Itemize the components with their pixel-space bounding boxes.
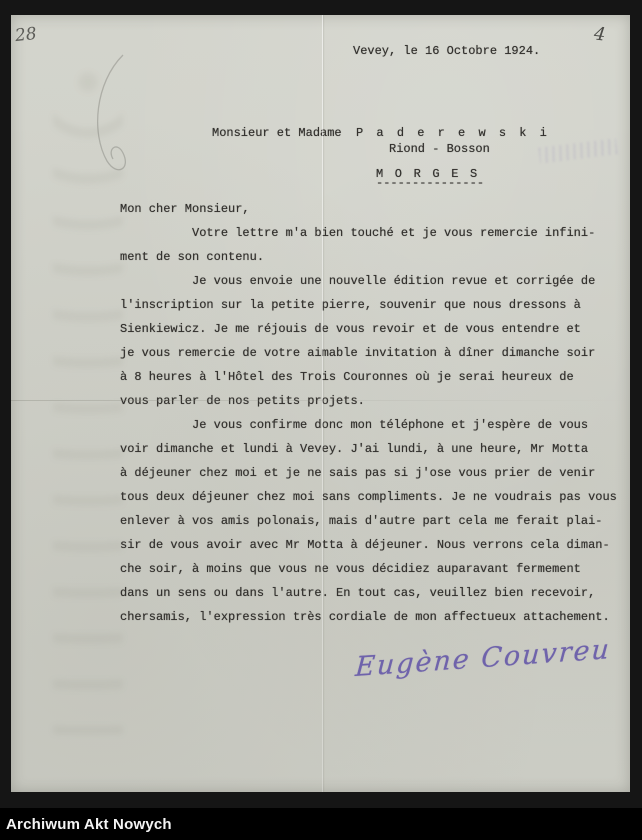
archive-bar: Archiwum Akt Nowych (0, 808, 642, 840)
recipient-name: P a d e r e w s k i (356, 126, 550, 140)
scan-frame: 28 4 Vevey, le 16 Octobre 1924. Monsieur… (0, 0, 642, 840)
recipient-underline: --------------- (376, 176, 484, 190)
page-number-top-right: 4 (593, 23, 607, 45)
recipient-residence: Riond - Bosson (389, 142, 490, 156)
letter-page: 28 4 Vevey, le 16 Octobre 1924. Monsieur… (11, 15, 630, 792)
recipient-title: Monsieur et Madame (212, 126, 356, 140)
pencil-loop-mark (83, 53, 143, 193)
date-line: Vevey, le 16 Octobre 1924. (353, 44, 540, 58)
fold-line-vertical (322, 15, 323, 792)
recipient-line: Monsieur et Madame P a d e r e w s k i (212, 126, 550, 140)
page-number-top-left: 28 (14, 24, 38, 46)
signature: Eugène Couvreu (354, 634, 612, 683)
fold-line-horizontal (11, 400, 630, 401)
letter-body: Mon cher Monsieur, Votre lettre m'a bien… (120, 197, 625, 629)
ink-smudge (538, 138, 617, 163)
archive-bar-label: Archiwum Akt Nowych (0, 816, 172, 833)
